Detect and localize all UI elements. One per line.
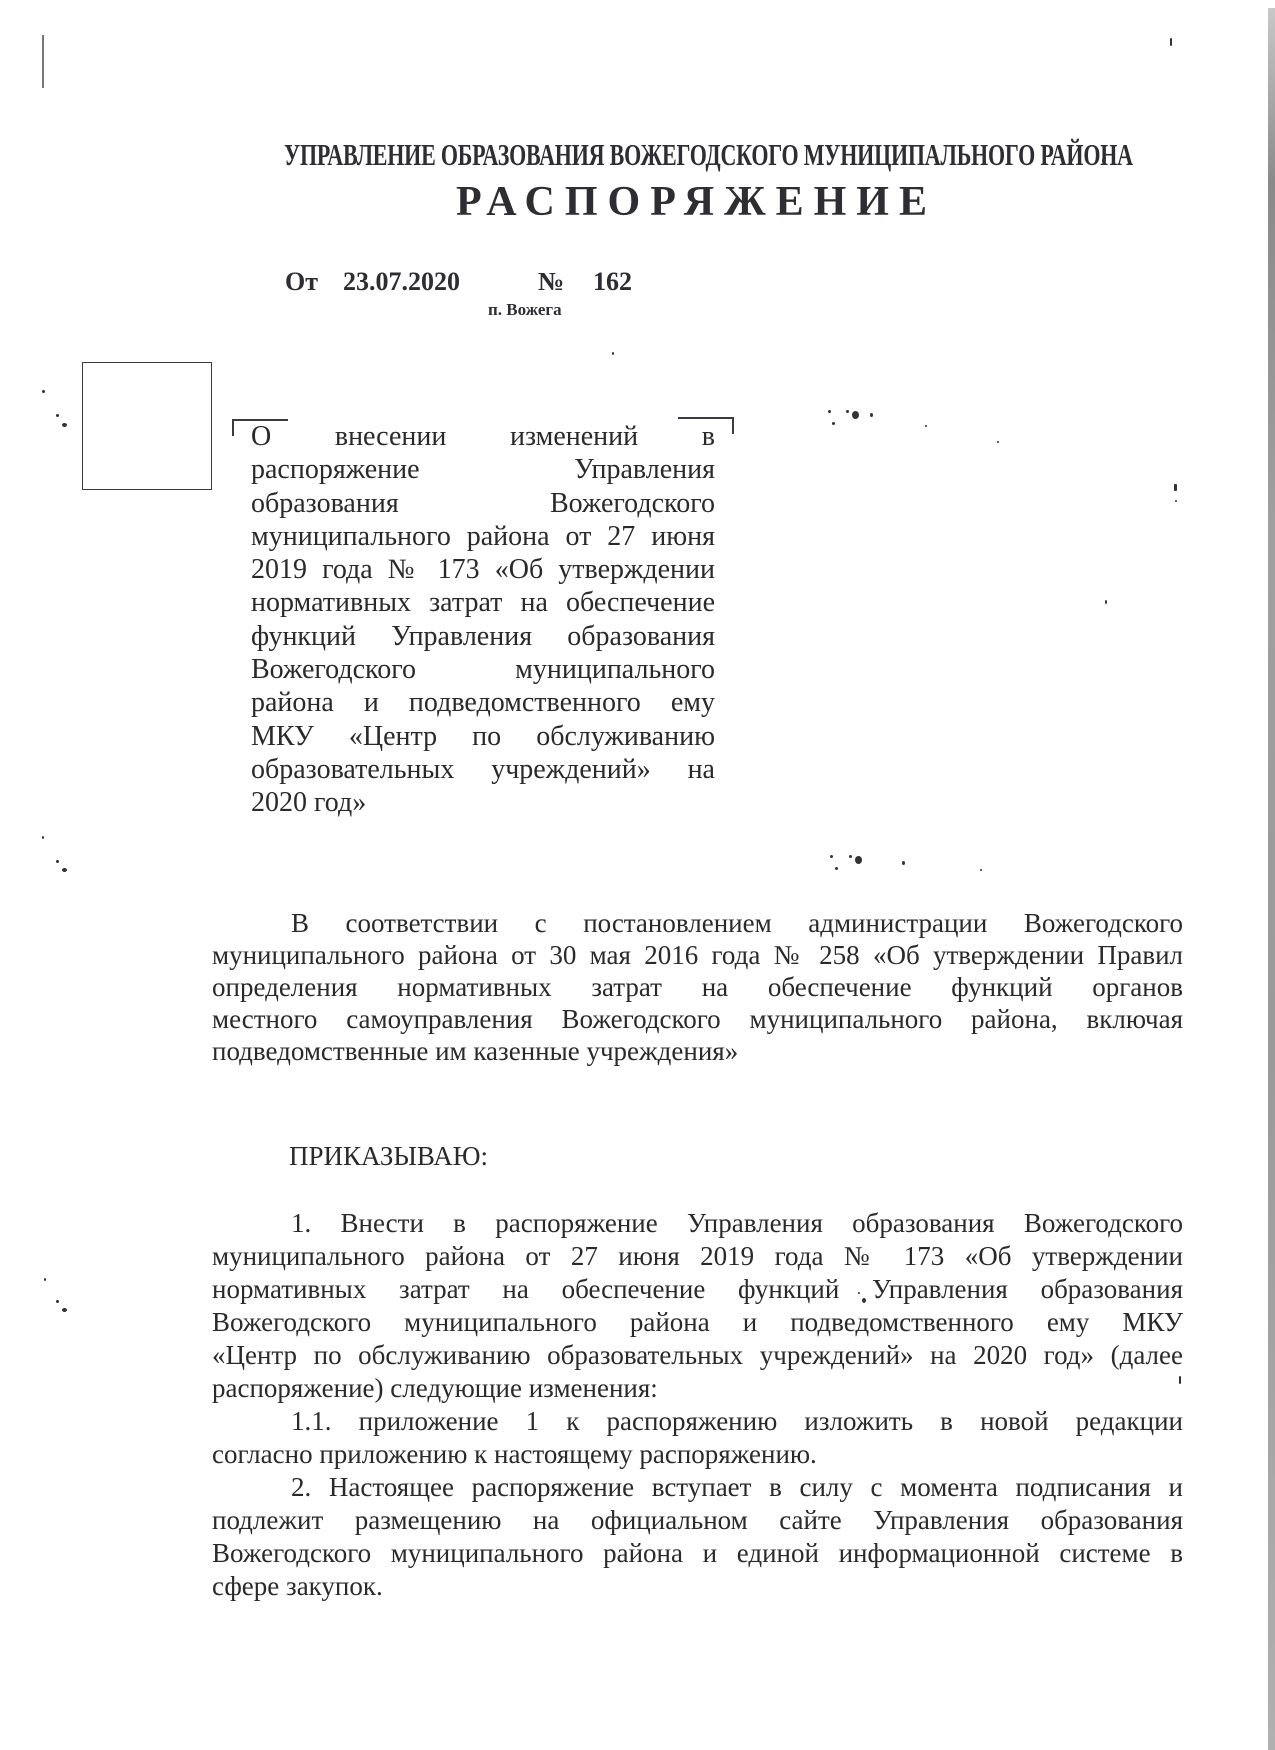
order-items: 1. Внести в распоряжение Управления обра… bbox=[212, 1207, 1183, 1603]
item-line: 2. Настоящее распоряжение вступает в сил… bbox=[212, 1471, 1183, 1504]
preamble-line: В соответствии с постановлением админист… bbox=[212, 907, 1183, 939]
item-line: распоряжение) следующие изменения: bbox=[212, 1372, 1183, 1405]
subject-line: 2020 год» bbox=[251, 786, 715, 819]
document-number: 162 bbox=[593, 269, 632, 295]
subject-bracket-right-top bbox=[678, 417, 734, 419]
subject-line: образовательных учреждений» на bbox=[251, 753, 715, 786]
document-place: п. Вожега bbox=[488, 301, 562, 318]
preamble-line: местного самоуправления Вожегодского мун… bbox=[212, 1003, 1183, 1035]
subject-line: нормативных затрат на обеспечение bbox=[251, 586, 715, 619]
scan-edge-shadow bbox=[1268, 8, 1275, 1750]
subject-bracket-left-side bbox=[232, 419, 234, 436]
subject-line: О внесении изменений в bbox=[251, 420, 715, 453]
subject-line: Вожегодского муниципального bbox=[251, 653, 715, 686]
scan-margin-mark bbox=[42, 35, 44, 88]
preamble-line: подведомственные им казенные учреждения» bbox=[212, 1035, 1183, 1067]
item-line: согласно приложению к настоящему распоря… bbox=[212, 1438, 1183, 1471]
subject-bracket-right-side bbox=[732, 417, 734, 434]
subject-line: распоряжение Управления bbox=[251, 453, 715, 486]
item-line: подлежит размещению на официальном сайте… bbox=[212, 1504, 1183, 1537]
preamble-paragraph: В соответствии с постановлением админист… bbox=[212, 907, 1183, 1067]
date-prefix: От bbox=[285, 269, 318, 295]
document-type-title: РАСПОРЯЖЕНИЕ bbox=[456, 181, 937, 223]
subject-line: функций Управления образования bbox=[251, 620, 715, 653]
subject-line: МКУ «Центр по обслуживанию bbox=[251, 720, 715, 753]
organization-name: УПРАВЛЕНИЕ ОБРАЗОВАНИЯ ВОЖЕГОДСКОГО МУНИ… bbox=[284, 140, 1133, 171]
item-line: Вожегодского муниципального района и еди… bbox=[212, 1537, 1183, 1570]
item-line: сфере закупок. bbox=[212, 1570, 1183, 1603]
item-line: 1. Внести в распоряжение Управления обра… bbox=[212, 1207, 1183, 1240]
preamble-line: муниципального района от 30 мая 2016 год… bbox=[212, 939, 1183, 971]
item-line: 1.1. приложение 1 к распоряжению изложит… bbox=[212, 1405, 1183, 1438]
item-line: «Центр по обслуживанию образовательных у… bbox=[212, 1339, 1183, 1372]
subject-line: района и подведомственного ему bbox=[251, 686, 715, 719]
stamp-box bbox=[82, 362, 212, 490]
order-heading: ПРИКАЗЫВАЮ: bbox=[289, 1140, 488, 1172]
item-line: муниципального района от 27 июня 2019 го… bbox=[212, 1240, 1183, 1273]
item-line: Вожегодского муниципального района и под… bbox=[212, 1306, 1183, 1339]
subject-line: образования Вожегодского bbox=[251, 487, 715, 520]
number-sign: № bbox=[538, 269, 564, 295]
subject-line: 2019 года № 173 «Об утверждении bbox=[251, 553, 715, 586]
item-line: нормативных затрат на обеспечение функци… bbox=[212, 1273, 1183, 1306]
preamble-line: определения нормативных затрат на обеспе… bbox=[212, 971, 1183, 1003]
document-date: 23.07.2020 bbox=[343, 269, 460, 295]
document-subject: О внесении изменений в распоряжение Упра… bbox=[251, 420, 715, 820]
subject-line: муниципального района от 27 июня bbox=[251, 520, 715, 553]
